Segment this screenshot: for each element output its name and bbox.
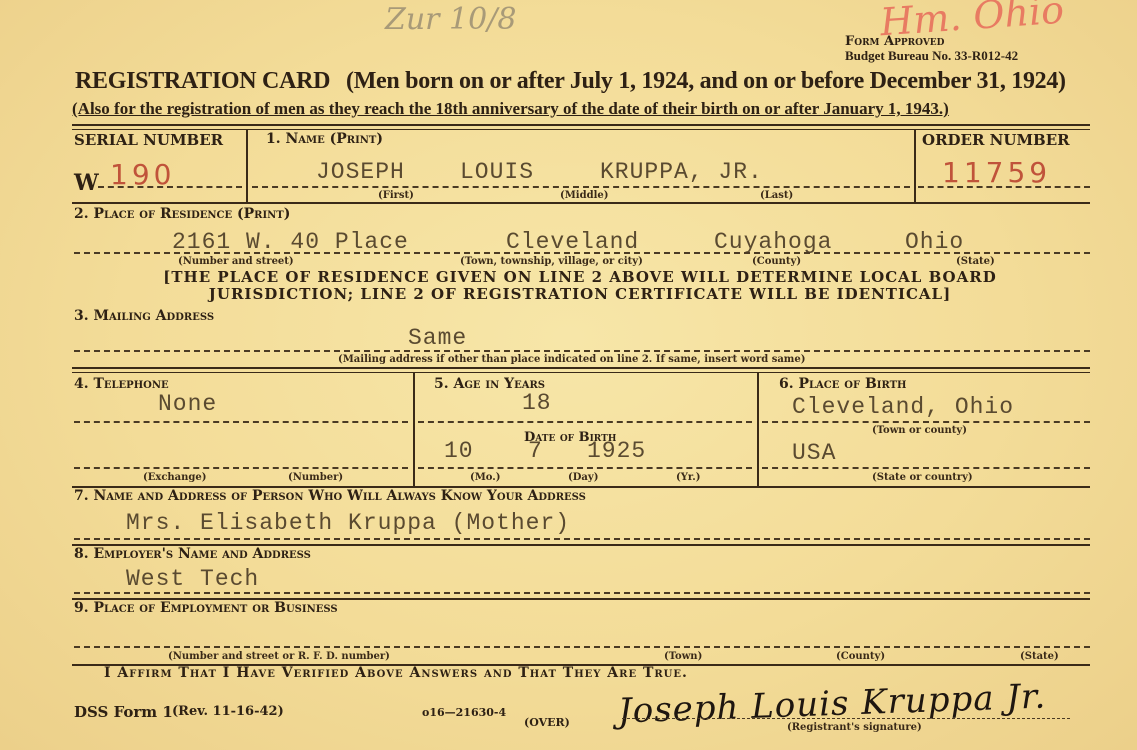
state-caption: (State) <box>956 256 995 267</box>
residence-label: 2. Place of Residence (Print) <box>74 206 290 222</box>
telephone-value: None <box>158 391 217 417</box>
employment-place-label: 9. Place of Employment or Business <box>74 600 338 616</box>
exchange-caption: (Exchange) <box>143 472 207 483</box>
signature-caption: (Registrant's signature) <box>787 722 922 733</box>
rfd-caption: (Number and street or R. F. D. number) <box>168 651 390 662</box>
street-caption: (Number and street) <box>178 256 294 267</box>
employment-county-caption: (County) <box>836 651 885 662</box>
middle-name-value: LOUIS <box>460 159 534 185</box>
mailing-address-value: Same <box>408 325 467 351</box>
first-name-value: JOSEPH <box>316 159 405 185</box>
birth-year-value: 1925 <box>587 438 646 464</box>
affirmation-text: I Affirm That I Have Verified Above Answ… <box>104 665 688 681</box>
print-code: o16—21630-4 <box>422 706 506 719</box>
over-indicator: (OVER) <box>524 716 570 729</box>
form-title: REGISTRATION CARD <box>75 68 330 95</box>
number-caption: (Number) <box>288 472 343 483</box>
contact-person-value: Mrs. Elisabeth Kruppa (Mother) <box>126 510 570 536</box>
employer-label: 8. Employer's Name and Address <box>74 546 311 562</box>
town-or-county-caption: (Town or county) <box>872 425 967 436</box>
mailing-address-label: 3. Mailing Address <box>74 308 214 324</box>
employment-town-caption: (Town) <box>664 651 702 662</box>
contact-person-label: 7. Name and Address of Person Who Will A… <box>74 488 586 504</box>
age-value: 18 <box>522 390 552 416</box>
form-approved-label: Form Approved <box>845 34 944 49</box>
month-caption: (Mo.) <box>470 472 501 483</box>
last-name-value: KRUPPA, JR. <box>600 159 763 185</box>
form-id: DSS Form 1 <box>74 703 173 721</box>
budget-bureau-number: Budget Bureau No. 33-R012-42 <box>845 48 1018 64</box>
form-subtitle: (Also for the registration of men as the… <box>72 99 949 119</box>
birth-month-value: 10 <box>444 438 474 464</box>
jurisdiction-notice-line1: [THE PLACE OF RESIDENCE GIVEN ON LINE 2 … <box>130 269 1030 286</box>
telephone-label: 4. Telephone <box>74 376 169 392</box>
form-title-scope: (Men born on or after July 1, 1924, and … <box>346 68 1066 95</box>
birthplace-country-value: USA <box>792 440 836 466</box>
middle-caption: (Middle) <box>560 190 608 201</box>
birthplace-town-value: Cleveland, Ohio <box>792 394 1014 420</box>
last-caption: (Last) <box>760 190 793 201</box>
birthplace-label: 6. Place of Birth <box>779 376 906 392</box>
town-caption: (Town, township, village, or city) <box>460 256 643 267</box>
employer-value: West Tech <box>126 566 259 592</box>
form-revision: (Rev. 11-16-42) <box>172 704 284 719</box>
serial-prefix: W <box>74 170 99 196</box>
employment-state-caption: (State) <box>1020 651 1059 662</box>
year-caption: (Yr.) <box>676 472 700 483</box>
jurisdiction-notice-line2: JURISDICTION; LINE 2 OF REGISTRATION CER… <box>130 286 1030 303</box>
order-number-value: 11759 <box>942 156 1051 189</box>
county-caption: (County) <box>752 256 801 267</box>
birth-day-value: 7 <box>528 438 543 464</box>
pencil-annotation: Zur 10/8 <box>385 2 516 37</box>
name-label: 1. Name (Print) <box>266 131 383 147</box>
order-number-label: ORDER NUMBER <box>922 131 1070 149</box>
serial-number-label: SERIAL NUMBER <box>74 131 223 149</box>
state-or-country-caption: (State or country) <box>872 472 973 483</box>
first-caption: (First) <box>378 190 414 201</box>
day-caption: (Day) <box>568 472 598 483</box>
jurisdiction-notice: [THE PLACE OF RESIDENCE GIVEN ON LINE 2 … <box>130 269 1030 303</box>
mailing-caption: (Mailing address if other than place ind… <box>338 354 806 365</box>
